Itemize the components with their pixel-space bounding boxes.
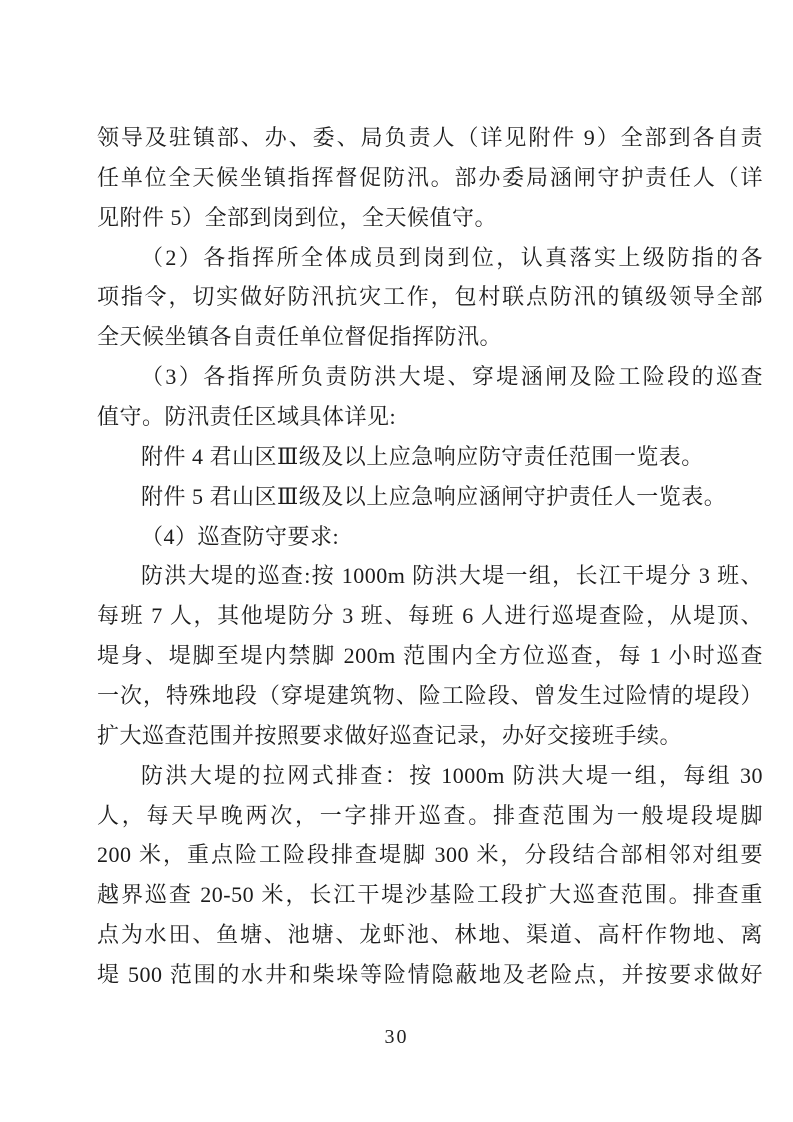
text-line: （4）巡查防守要求: bbox=[97, 517, 763, 557]
text-line: 领导及驻镇部、办、委、局负责人（详见附件 9）全部到各自责 bbox=[97, 118, 763, 158]
text-line: 堤 500 范围的水井和柴垛等险情隐蔽地及老险点，并按要求做好 bbox=[97, 955, 763, 995]
page-footer: 30 bbox=[0, 1026, 793, 1049]
text-line: 堤身、堤脚至堤内禁脚 200m 范围内全方位巡查，每 1 小时巡查 bbox=[97, 636, 763, 676]
text-line: 越界巡查 20-50 米，长江干堤沙基险工段扩大巡查范围。排查重 bbox=[97, 875, 763, 915]
document-page: 领导及驻镇部、办、委、局负责人（详见附件 9）全部到各自责 任单位全天候坐镇指挥… bbox=[0, 0, 793, 1122]
text-line: 点为水田、鱼塘、池塘、龙虾池、林地、渠道、高杆作物地、离 bbox=[97, 915, 763, 955]
text-line: （3）各指挥所负责防洪大堤、穿堤涵闸及险工险段的巡查 bbox=[97, 357, 763, 397]
text-line: 人，每天早晚两次，一字排开巡查。排查范围为一般堤段堤脚 bbox=[97, 796, 763, 836]
text-line: 见附件 5）全部到岗到位，全天候值守。 bbox=[97, 198, 763, 238]
text-line: 200 米，重点险工险段排查堤脚 300 米，分段结合部相邻对组要 bbox=[97, 835, 763, 875]
text-line: 附件 4 君山区Ⅲ级及以上应急响应防守责任范围一览表。 bbox=[97, 437, 763, 477]
text-line: 每班 7 人，其他堤防分 3 班、每班 6 人进行巡堤查险，从堤顶、 bbox=[97, 596, 763, 636]
text-line: （2）各指挥所全体成员到岗到位，认真落实上级防指的各 bbox=[97, 238, 763, 278]
text-line: 任单位全天候坐镇指挥督促防汛。部办委局涵闸守护责任人（详 bbox=[97, 158, 763, 198]
text-line: 防洪大堤的拉网式排查：按 1000m 防洪大堤一组，每组 30 bbox=[97, 756, 763, 796]
text-line: 防洪大堤的巡查:按 1000m 防洪大堤一组，长江干堤分 3 班、 bbox=[97, 556, 763, 596]
text-line: 附件 5 君山区Ⅲ级及以上应急响应涵闸守护责任人一览表。 bbox=[97, 477, 763, 517]
text-line: 值守。防汛责任区域具体详见: bbox=[97, 397, 763, 437]
document-body: 领导及驻镇部、办、委、局负责人（详见附件 9）全部到各自责 任单位全天候坐镇指挥… bbox=[97, 118, 763, 995]
text-line: 项指令，切实做好防汛抗灾工作，包村联点防汛的镇级领导全部 bbox=[97, 277, 763, 317]
text-line: 一次，特殊地段（穿堤建筑物、险工险段、曾发生过险情的堤段） bbox=[97, 676, 763, 716]
text-line: 全天候坐镇各自责任单位督促指挥防汛。 bbox=[97, 317, 763, 357]
page-number: 30 bbox=[385, 1026, 409, 1048]
text-line: 扩大巡查范围并按照要求做好巡查记录，办好交接班手续。 bbox=[97, 716, 763, 756]
